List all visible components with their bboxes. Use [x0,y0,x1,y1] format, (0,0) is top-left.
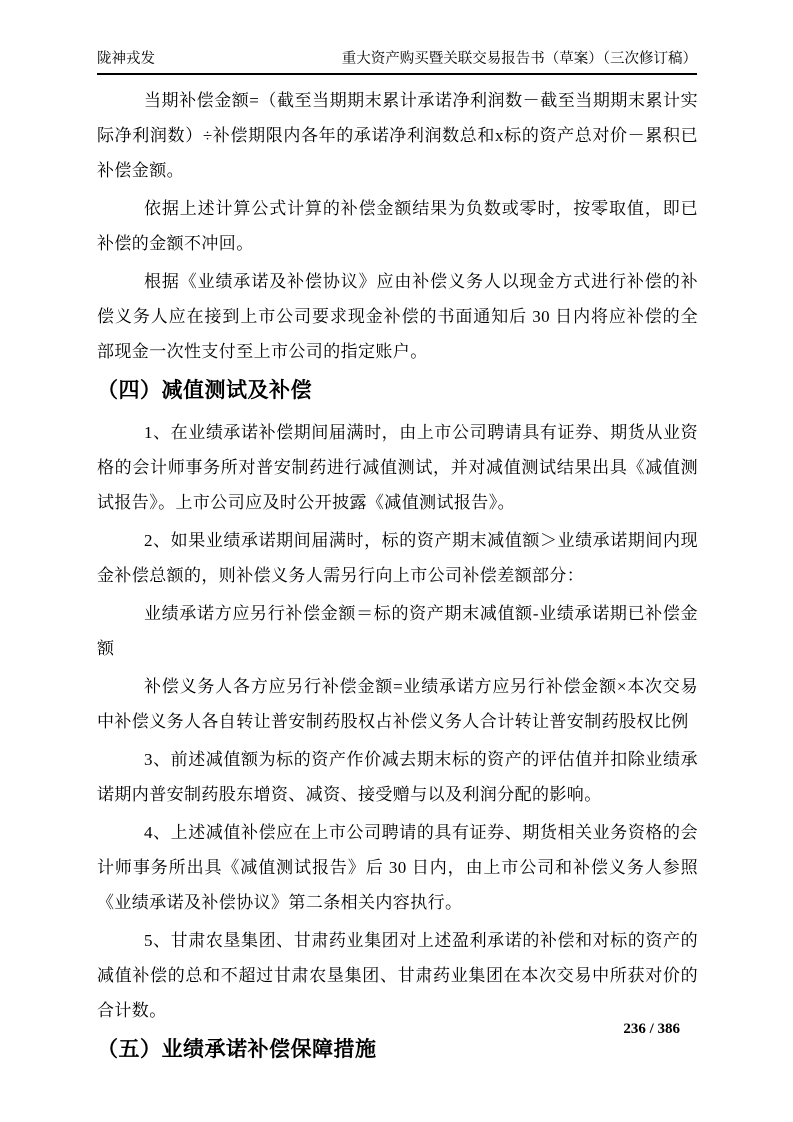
section-heading-impairment-test: （四）减值测试及补偿 [97,373,698,408]
document-page: 陇神戎发 重大资产购买暨关联交易报告书（草案）（三次修订稿） 当期补偿金额=（截… [0,0,793,1122]
header-company-name: 陇神戎发 [97,50,155,68]
body-paragraph: 当期补偿金额=（截至当期期末累计承诺净利润数－截至当期期末累计实际净利润数）÷补… [97,83,698,188]
body-paragraph: 1、在业绩承诺补偿期间届满时，由上市公司聘请具有证券、期货从业资格的会计师事务所… [97,415,698,520]
header-report-title: 重大资产购买暨关联交易报告书（草案）（三次修订稿） [342,50,697,68]
body-paragraph: 根据《业绩承诺及补偿协议》应由补偿义务人以现金方式进行补偿的补偿义务人应在接到上… [97,264,698,369]
formula-paragraph: 补偿义务人各方应另行补偿金额=业绩承诺方应另行补偿金额×本次交易中补偿义务人各自… [97,669,698,739]
body-paragraph: 依据上述计算公式计算的补偿金额结果为负数或零时，按零取值，即已补偿的金额不冲回。 [97,191,698,261]
body-paragraph: 2、如果业绩承诺期间届满时，标的资产期末减值额＞业绩承诺期间内现金补偿总额的，则… [97,523,698,593]
formula-paragraph: 业绩承诺方应另行补偿金额＝标的资产期末减值额-业绩承诺期已补偿金额 [97,596,698,666]
page-header: 陇神戎发 重大资产购买暨关联交易报告书（草案）（三次修订稿） [97,50,697,75]
document-body: 当期补偿金额=（截至当期期末累计承诺净利润数－截至当期期末累计实际净利润数）÷补… [97,83,698,1074]
section-heading-guarantee-measures: （五）业绩承诺补偿保障措施 [97,1032,698,1067]
body-paragraph: 3、前述减值额为标的资产作价减去期末标的资产的评估值并扣除业绩承诺期内普安制药股… [97,742,698,812]
body-paragraph: 5、甘肃农垦集团、甘肃药业集团对上述盈利承诺的补偿和对标的资产的减值补偿的总和不… [97,923,698,1028]
page-number: 236 / 386 [623,1021,680,1038]
body-paragraph: 4、上述减值补偿应在上市公司聘请的具有证券、期货相关业务资格的会计师事务所出具《… [97,815,698,920]
